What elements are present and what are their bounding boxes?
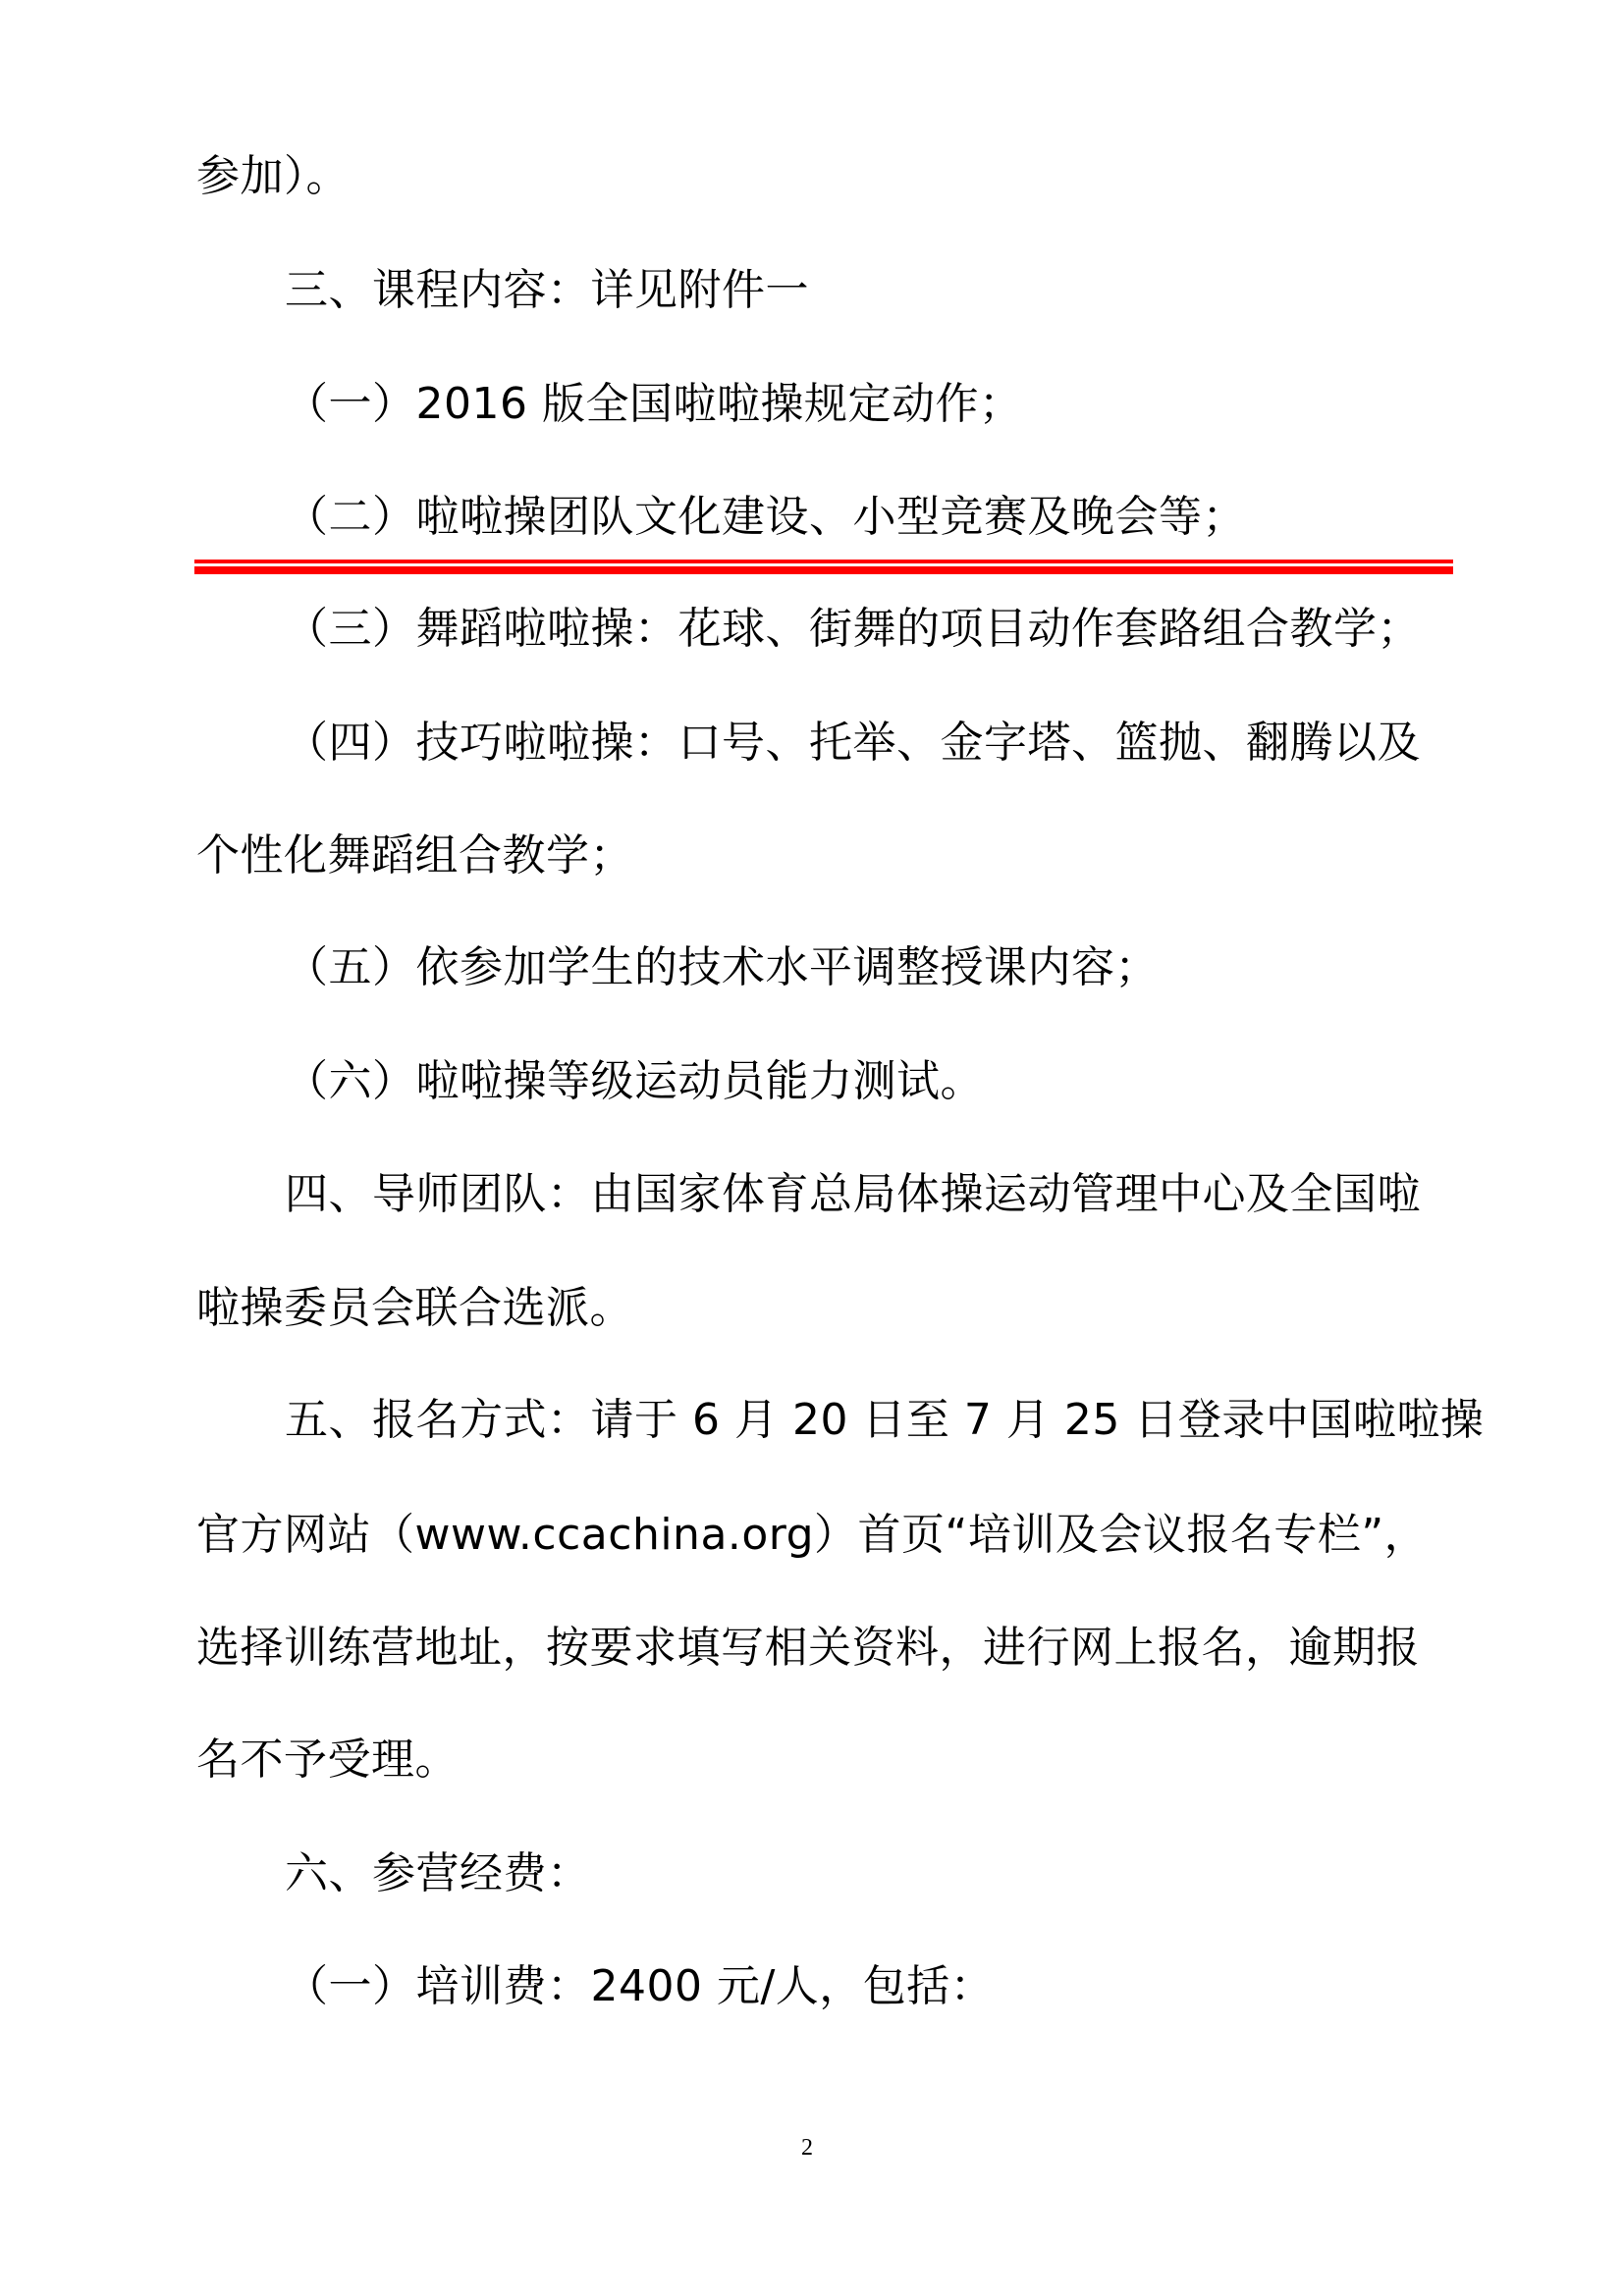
list-item: （一）培训费：2400 元/人，包括： (285, 1957, 994, 2016)
text-line: 选择训练营地址，按要求填写相关资料，进行网上报名，逾期报 (196, 1619, 1420, 1678)
text-line: 名不予受理。 (196, 1731, 459, 1789)
text-line: 啦操委员会联合选派。 (196, 1279, 633, 1338)
section-heading-course-content: 三、课程内容：详见附件一 (285, 261, 809, 320)
red-divider-thick (194, 566, 1453, 574)
text-line: 参加）。 (196, 147, 350, 206)
list-item: （三）舞蹈啦啦操：花球、街舞的项目动作套路组合教学； (285, 600, 1421, 659)
section-heading-registration: 五、报名方式：请于 6 月 20 日至 7 月 25 日登录中国啦啦操 (285, 1391, 1484, 1450)
text-line: 个性化舞蹈组合教学； (196, 827, 633, 885)
list-item: （四）技巧啦啦操：口号、托举、金字塔、篮抛、翻腾以及 (285, 714, 1421, 773)
list-item: （一）2016 版全国啦啦操规定动作； (285, 375, 1022, 434)
page-number: 2 (801, 2135, 813, 2162)
section-heading-mentors: 四、导师团队：由国家体育总局体操运动管理中心及全国啦 (285, 1165, 1421, 1224)
red-divider-thin (194, 560, 1453, 563)
section-heading-fees: 六、参营经费： (285, 1844, 591, 1903)
list-item: （五）依参加学生的技术水平调整授课内容； (285, 938, 1159, 997)
list-item: （六）啦啦操等级运动员能力测试。 (285, 1052, 984, 1111)
text-line: 官方网站（www.ccachina.org）首页“培训及会议报名专栏”， (196, 1506, 1428, 1565)
list-item: （二）啦啦操团队文化建设、小型竞赛及晚会等； (285, 488, 1246, 547)
